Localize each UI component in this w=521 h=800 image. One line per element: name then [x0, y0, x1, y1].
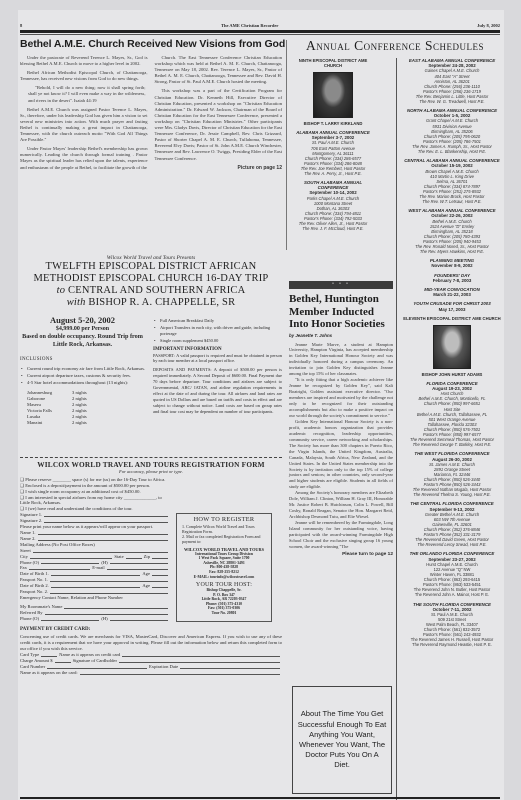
- event-entry: PLANNING MEETING November 8-9, 2002: [400, 258, 504, 268]
- conference-entry: WEST ALABAMA ANNUAL CONFERENCE October 2…: [400, 208, 504, 254]
- ornament-bar: • • •: [289, 281, 393, 289]
- name-instruction: Please print your name below as it appea…: [20, 524, 170, 530]
- checkbox-label: Enclosed is a deposit/payment in the amo…: [25, 483, 150, 488]
- conference-line: The Rev. A. Perry, Jr., Host P.E.: [290, 171, 376, 176]
- register-step: 2. Mail or fax completed Registration Fo…: [182, 534, 268, 544]
- article-huntington: Bethel, Huntington Member Inducted Into …: [289, 293, 393, 557]
- paragraph: Bethel African Methodist Episcopal Churc…: [20, 70, 148, 82]
- conference-name: THE SOUTH FLORIDA CONFERENCE: [400, 602, 504, 607]
- conference-line: The Rev. E. L. Blankenship, Host P.E.: [400, 149, 504, 154]
- conference-name: THE WEST FLORIDA CONFERENCE: [400, 451, 504, 456]
- conference-entry: SOUTH ALABAMA ANNUAL CONFERENCE Septembe…: [290, 180, 376, 231]
- trip-offer: August 5-20, 2002 $4,999.00 per Person B…: [20, 315, 145, 349]
- field-label: Signature of Cardholder: [73, 658, 117, 664]
- field-label: State: [114, 554, 123, 560]
- passport-info: PASSPORT: A valid passport is required a…: [153, 353, 282, 365]
- emergency-contact-field[interactable]: Emergency Contact Name, Relation and Pho…: [20, 595, 170, 601]
- headline-prefix: to: [57, 285, 66, 296]
- conference-entry: FLORIDA CONFERENCE August 19-23, 2002 Ho…: [400, 381, 504, 447]
- paragraph: Jeanne Marie Marve, a student at Hampton…: [289, 342, 393, 378]
- masthead: 8 The AME Christian Recorder July 8, 200…: [20, 18, 500, 28]
- newspaper-page: 8 The AME Christian Recorder July 8, 200…: [18, 10, 504, 800]
- quote-box: About The Time You Get Successful Enough…: [292, 686, 392, 794]
- article-headline: Bethel, Huntington Member Inducted Into …: [289, 293, 393, 331]
- phone-2-field[interactable]: Phone (O)(H): [20, 616, 170, 622]
- inclusion-item: 4-5 Star hotel accommodations throughout…: [20, 380, 145, 386]
- event-date: November 8-9, 2002: [400, 263, 504, 268]
- how-to-register-box: HOW TO REGISTER 1. Complete Wilcox World…: [176, 513, 272, 622]
- paragraph: "It is only fitting that a high academic…: [289, 377, 393, 419]
- inclusion-item: Current round trip economy air fare from…: [20, 366, 145, 372]
- extra-item: Single room supplement $450.00: [153, 338, 282, 344]
- continued-note: Picture on page 12: [155, 165, 283, 171]
- headline-line: TWELFTH EPISCOPAL DISTRICT AFRICAN: [20, 261, 282, 273]
- scripture-quote: "Behold, I will do a new thing; now it s…: [20, 85, 148, 103]
- field-label: Zip: [144, 554, 150, 560]
- field-label: Age: [142, 583, 150, 589]
- trip-terms: Based on double occupancy. Round Trip fr…: [20, 333, 145, 349]
- masthead-rule-thin: [20, 34, 500, 35]
- event-date: March 21-22, 2003: [400, 292, 504, 297]
- checkbox-label: I wish single room occupancy at an addit…: [25, 489, 140, 494]
- schedules-title: Annual Conference Schedules: [288, 38, 502, 54]
- publication-name: The AME Christian Recorder: [221, 23, 278, 28]
- field-label: (H): [101, 616, 107, 622]
- travel-advertisement: Wilcox World Travel and Tours Presents T…: [20, 255, 282, 426]
- form-title: WILCOX WORLD TRAVEL AND TOURS REGISTRATI…: [20, 462, 282, 468]
- conference-entry: THE WEST FLORIDA CONFERENCE August 26-30…: [400, 451, 504, 497]
- conference-line: The Rev. W.T. Letsaur, Host P.E.: [400, 199, 504, 204]
- tour-number: Tour No. 20801: [180, 611, 268, 616]
- conference-name: THE CENTRAL FLORIDA CONFERENCE: [400, 501, 504, 506]
- masthead-rule: [20, 30, 500, 33]
- city-row: Manzini2 nights: [27, 420, 145, 426]
- article-column-1: Under the pastorate of Reverend Terence …: [20, 55, 148, 174]
- bishop-kirkland-photo: [313, 72, 353, 118]
- conference-line: The Reverend George T. Barkley, Host P.E…: [400, 442, 504, 447]
- extras-list: Full American Breakfast Daily Airport Tr…: [153, 318, 282, 344]
- inclusions-title: INCLUSIONS: [20, 357, 145, 363]
- conference-line: The Rev. Myers Hawkins, Host P.E.: [400, 249, 504, 254]
- city: Manzini: [27, 420, 72, 426]
- headline-line: to CENTRAL AND SOUTHERN AFRICA: [20, 285, 282, 297]
- ad-headline: TWELFTH EPISCOPAL DISTRICT AFRICAN METHO…: [20, 261, 282, 309]
- page-number: 8: [20, 23, 22, 28]
- schedule-divider: [396, 58, 397, 800]
- payment-text: Concerning use of credit cards. We are m…: [20, 634, 282, 652]
- field-label: Age: [142, 571, 150, 577]
- event-entry: FOUNDERS' DAY February 7-8, 2003: [400, 273, 504, 283]
- field-label: Phone (O): [20, 616, 39, 622]
- event-entry: YOUTH CRUSADE FOR CHRIST 2003 May 17, 20…: [400, 301, 504, 311]
- column-divider: [286, 40, 287, 250]
- field-label: Expiration Date: [149, 664, 178, 670]
- conference-line: The Reverend Raymond Heastie, Host P. E.: [400, 642, 504, 647]
- cut-line: [20, 457, 282, 458]
- register-step: 1. Complete Wilcox World Travel and Tour…: [182, 524, 268, 534]
- headline-text: BISHOP R. A. CHAPPELLE, SR: [88, 297, 235, 308]
- event-date: May 17, 2003: [400, 307, 504, 312]
- checkbox-label: I am interested in special airfares from…: [20, 495, 162, 506]
- conference-line: The Rev. W. G. Treadwell, Host P.E.: [400, 99, 504, 104]
- name-on-card-field[interactable]: Name as it appears on the card:: [20, 670, 282, 676]
- conference-entry: ALABAMA ANNUAL CONFERENCE September 3-7,…: [290, 130, 376, 176]
- extra-item: Airport Transfers in each city, with dri…: [153, 325, 282, 337]
- form-subtitle: For accuracy, please print or type.: [20, 469, 282, 475]
- issue-date: July 8, 2002: [477, 23, 500, 28]
- article-column-2: Church. The East Tennessee Conference Ch…: [155, 55, 283, 174]
- bishop-name: BISHOP T. LARRY KIRKLAND: [290, 121, 376, 126]
- payment-title: PAYMENT BY CREDIT CARD:: [20, 627, 282, 633]
- conference-line: The Reverend John A. Mainor, Host P. E.: [400, 592, 504, 597]
- quote-text: About The Time You Get Successful Enough…: [297, 709, 387, 770]
- bishop-adams-photo: [433, 325, 471, 369]
- email-line: E-MAIL: tourinfo@wilcoxtravel.com: [180, 575, 268, 580]
- article-bethel: Bethel A.M.E. Church Received New Vision…: [20, 38, 282, 174]
- paragraph: Bethel A.M.E. Church was assigned Pastor…: [20, 107, 148, 144]
- trip-dates: August 5-20, 2002: [20, 315, 145, 325]
- field-label: Name 2.: [20, 536, 36, 542]
- continued-note: Please turn to page 12: [289, 552, 393, 557]
- inclusions-list: Current round trip economy air fare from…: [20, 366, 145, 386]
- conference-name: SOUTH ALABAMA ANNUAL CONFERENCE: [290, 180, 376, 190]
- box-title: HOW TO REGISTER: [180, 517, 268, 522]
- field-label: Name as it appears on the card:: [20, 670, 78, 676]
- district-heading: NINTH EPISCOPAL DISTRICT AME CHURCH: [290, 58, 376, 68]
- event-name: YOUTH CRUSADE FOR CHRIST 2003: [400, 301, 504, 306]
- conference-entry: NORTH ALABAMA ANNUAL CONFERENCE October …: [400, 108, 504, 154]
- checkbox-option[interactable]: ❑ I am interested in special airfares fr…: [20, 495, 170, 507]
- field-label: E-mail: [92, 565, 105, 571]
- article-headline: Bethel A.M.E. Church Received New Vision…: [20, 38, 282, 50]
- headline-line: METHODIST EPISCOPAL CHURCH 16-DAY TRIP: [20, 273, 282, 285]
- conference-entry: EAST ALABAMA ANNUAL CONFERENCE September…: [400, 58, 504, 104]
- trip-price: $4,999.00 per Person: [20, 325, 145, 333]
- nights: 2 nights: [72, 420, 87, 426]
- registration-form: WILCOX WORLD TRAVEL AND TOURS REGISTRATI…: [20, 462, 282, 676]
- payment-section: PAYMENT BY CREDIT CARD: Concerning use o…: [20, 627, 282, 676]
- bishop-name: BISHOP JOHN HURST ADAMS: [400, 372, 504, 377]
- district-heading: ELEVENTH EPISCOPAL DISTRICT AME CHURCH: [400, 316, 504, 321]
- bottom-rule: [20, 797, 500, 799]
- conference-entry: THE ORLANDO FLORIDA CONFERENCE September…: [400, 551, 504, 597]
- headline-prefix: with: [67, 297, 86, 308]
- conference-entry: THE CENTRAL FLORIDA CONFERENCE September…: [400, 501, 504, 547]
- byline: by Jeanette T. Johns: [289, 333, 393, 338]
- paragraph: Golden Key International Honour Society …: [289, 419, 393, 490]
- conference-line: The Reverend Leroy Snead, Host P.E.: [400, 542, 504, 547]
- schedule-column-right: EAST ALABAMA ANNUAL CONFERENCE September…: [400, 58, 504, 652]
- paragraph: Under Pastor Mayes' leadership Bethel's …: [20, 146, 148, 170]
- headline-line: with BISHOP R. A. CHAPPELLE, SR: [20, 297, 282, 309]
- conference-entry: THE SOUTH FLORIDA CONFERENCE October 7-1…: [400, 602, 504, 648]
- paragraph: Among the Society's honorary members are…: [289, 490, 393, 520]
- conference-name: THE ORLANDO FLORIDA CONFERENCE: [400, 551, 504, 556]
- inclusion-item: Current airport departure taxes, customs…: [20, 373, 145, 379]
- paragraph: This workshop was a part of the Certific…: [155, 88, 283, 161]
- paragraph: Church. The East Tennessee Conference Ch…: [155, 55, 283, 85]
- agency-name: WILCOX WORLD TRAVEL AND TOURS: [180, 547, 268, 552]
- city-nights-table: Johannesburg3 nights Gaborone2 nights Ma…: [27, 390, 145, 426]
- event-entry: MID-YEAR CONVOCATION March 21-22, 2003: [400, 287, 504, 297]
- headline-text: CENTRAL AND SOUTHERN AFRICA: [68, 285, 245, 296]
- event-date: February 7-8, 2003: [400, 278, 504, 283]
- ninth-district-block: NINTH EPISCOPAL DISTRICT AME CHURCH BISH…: [290, 58, 376, 235]
- conference-entry: CENTRAL ALABAMA ANNUAL CONFERENCE Octobe…: [400, 158, 504, 204]
- checkbox-label: Please reserve ________ space (s) for me…: [25, 477, 165, 482]
- extra-item: Full American Breakfast Daily: [153, 318, 282, 324]
- field-label: Emergency Contact Name, Relation and Pho…: [20, 595, 123, 600]
- checkbox-label: I (we) have read and understand the cond…: [25, 506, 132, 511]
- paragraph: Under the pastorate of Reverend Terence …: [20, 55, 148, 67]
- conference-line: The Rev. J. F. McCloud, Host P.E.: [290, 226, 376, 231]
- conference-line: The Reverend Thelma S. Young, Host P.E.: [400, 492, 504, 497]
- deposits-info: DEPOSITS AND PAYMENTS: A deposit of $500…: [153, 367, 282, 414]
- paragraph: Jeanne will be remembered by the Farming…: [289, 520, 393, 550]
